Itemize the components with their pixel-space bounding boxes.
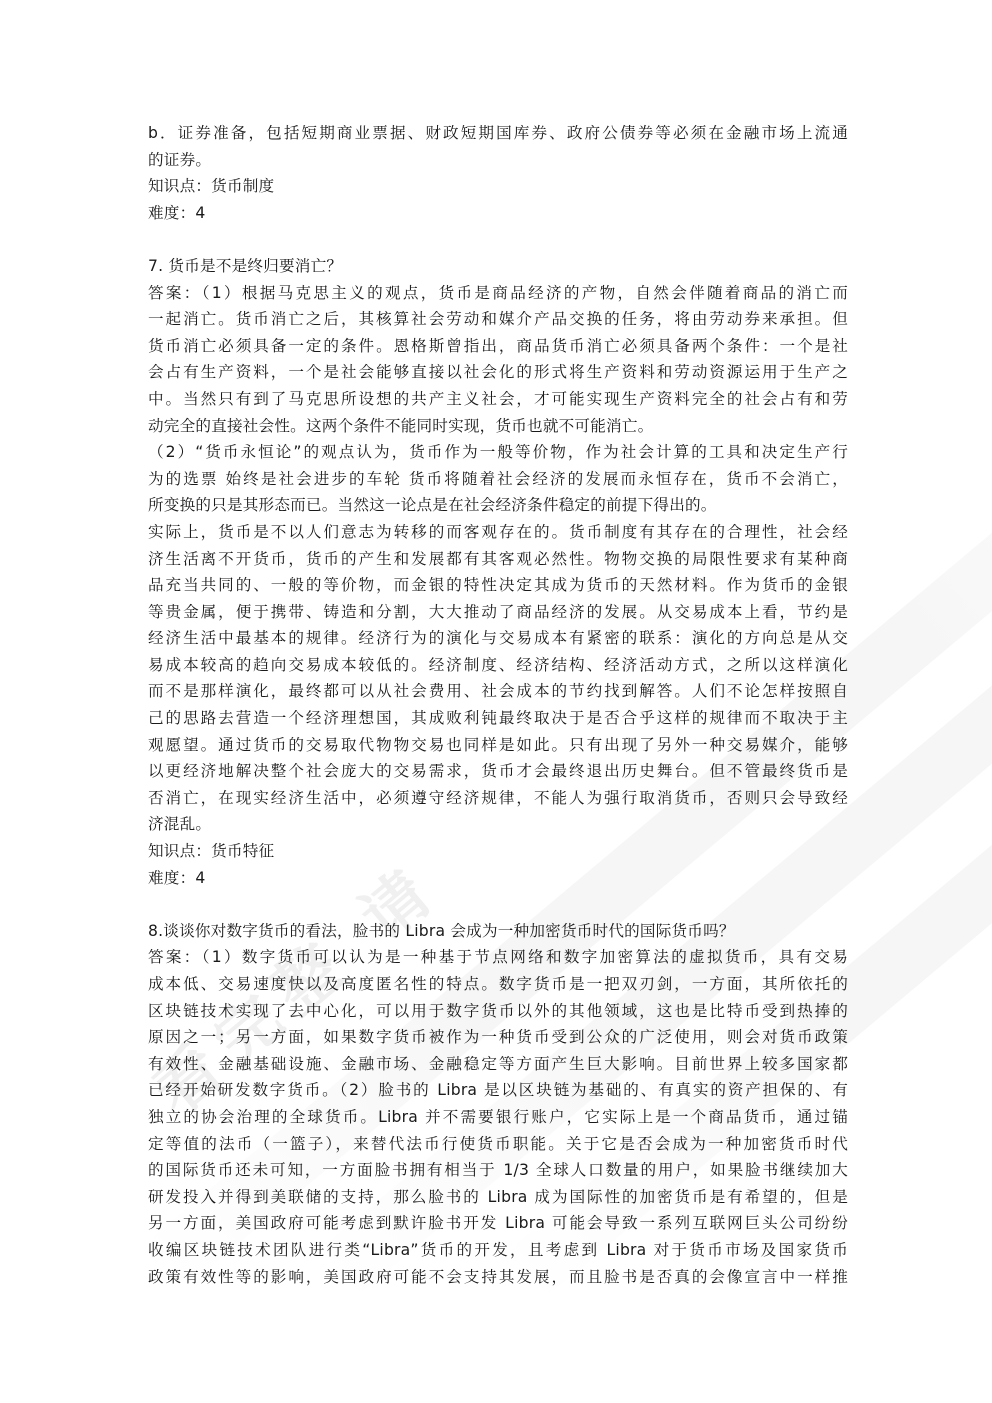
answer-line: 济生活离不开货币，货币的产生和发展都有其客观必然性。物物交换的局限性要求有某种商 (148, 546, 848, 573)
answer-line: 会占有生产资料，一个是社会能够直接以社会化的形式将生产资料和劳动资源运用于生产之 (148, 359, 848, 386)
answer-line: 中。当然只有到了马克思所设想的共产主义社会，才可能实现生产资料完全的社会占有和劳 (148, 386, 848, 413)
answer-line: 济混乱。 (148, 811, 848, 838)
answer-line: 区块链技术实现了去中心化，可以用于数字货币以外的其他领域，这也是比特币受到热捧的 (148, 998, 848, 1025)
section-b: b．证券准备，包括短期商业票据、财政短期国库券、政府公债券等必须在金融市场上流通… (148, 120, 848, 226)
answer-line: 否消亡，在现实经济生活中，必须遵守经济规律，不能人为强行取消货币，否则只会导致经 (148, 785, 848, 812)
answer-line: 收编区块链技术团队进行类“Libra”货币的开发，且考虑到 Libra 对于货币… (148, 1237, 848, 1264)
answer-line: 等贵金属，便于携带、铸造和分割，大大推动了商品经济的发展。从交易成本上看，节约是 (148, 599, 848, 626)
document-page: b．证券准备，包括短期商业票据、财政短期国库券、政府公债券等必须在金融市场上流通… (148, 120, 848, 1290)
answer-line: （2）“货币永恒论”的观点认为，货币作为一般等价物，作为社会计算的工具和决定生产… (148, 439, 848, 466)
answer-line: 研发投入并得到美联储的支持，那么脸书的 Libra 成为国际性的加密货币是有希望… (148, 1184, 848, 1211)
answer-line: 有效性、金融基础设施、金融市场、金融稳定等方面产生巨大影响。目前世界上较多国家都 (148, 1051, 848, 1078)
paragraph-line: b．证券准备，包括短期商业票据、财政短期国库券、政府公债券等必须在金融市场上流通 (148, 120, 848, 147)
answer-line: 答案：（1）根据马克思主义的观点，货币是商品经济的产物，自然会伴随着商品的消亡而 (148, 280, 848, 307)
answer-line: 为的选票 始终是社会进步的车轮 货币将随着社会经济的发展而永恒存在，货币不会消亡… (148, 466, 848, 493)
answer-line: 而不是那样演化，最终都可以从社会费用、社会成本的节约找到解答。人们不论怎样按照自 (148, 678, 848, 705)
question-8: 8.谈谈你对数字货币的看法，脸书的 Libra 会成为一种加密货币时代的国际货币… (148, 918, 848, 1290)
answer-line: 的国际货币还未可知，一方面脸书拥有相当于 1/3 全球人口数量的用户，如果脸书继… (148, 1157, 848, 1184)
question-title: 8.谈谈你对数字货币的看法，脸书的 Libra 会成为一种加密货币时代的国际货币… (148, 918, 848, 945)
answer-line: 经济生活中最基本的规律。经济行为的演化与交易成本有紧密的联系：演化的方向总是从交 (148, 625, 848, 652)
answer-line: 所变换的只是其形态而已。当然这一论点是在社会经济条件稳定的前提下得出的。 (148, 492, 848, 519)
answer-line: 以更经济地解决整个社会庞大的交易需求，货币才会最终退出历史舞台。但不管最终货币是 (148, 758, 848, 785)
paragraph-line: 的证券。 (148, 147, 848, 174)
spacer (148, 226, 848, 253)
answer-line: 易成本较高的趋向交易成本较低的。经济制度、经济结构、经济活动方式，之所以这样演化 (148, 652, 848, 679)
answer-line: 成本低、交易速度快以及高度匿名性的特点。数字货币是一把双刃剑，一方面，其所依托的 (148, 971, 848, 998)
answer-line: 己的思路去营造一个经济理想国，其成败利钝最终取决于是否合乎这样的规律而不取决于主 (148, 705, 848, 732)
answer-line: 独立的协会治理的全球货币。Libra 并不需要银行账户，它实际上是一个商品货币，… (148, 1104, 848, 1131)
answer-line: 品充当共同的、一般的等价物，而金银的特性决定其成为货币的天然材料。作为货币的金银 (148, 572, 848, 599)
difficulty: 难度：4 (148, 865, 848, 892)
answer-line: 已经开始研发数字货币。（2）脸书的 Libra 是以区块链为基础的、有真实的资产… (148, 1077, 848, 1104)
answer-line: 货币消亡必须具备一定的条件。恩格斯曾指出，商品货币消亡必须具备两个条件：一个是社 (148, 333, 848, 360)
answer-line: 动完全的直接社会性。这两个条件不能同时实现，货币也就不可能消亡。 (148, 413, 848, 440)
answer-line: 答案：（1）数字货币可以认为是一种基于节点网络和数字加密算法的虚拟货币，具有交易 (148, 944, 848, 971)
answer-line: 另一方面，美国政府可能考虑到默许脸书开发 Libra 可能会导致一系列互联网巨头… (148, 1210, 848, 1237)
answer-line: 观愿望。通过货币的交易取代物物交易也同样是如此。只有出现了另外一种交易媒介，能够 (148, 732, 848, 759)
question-title: 7. 货币是不是终归要消亡？ (148, 253, 848, 280)
knowledge-point: 知识点：货币特征 (148, 838, 848, 865)
spacer (148, 891, 848, 918)
answer-line: 定等值的法币（一篮子），来替代法币行使货币职能。关于它是否会成为一种加密货币时代 (148, 1131, 848, 1158)
answer-line: 原因之一；另一方面，如果数字货币被作为一种货币受到公众的广泛使用，则会对货币政策 (148, 1024, 848, 1051)
answer-line: 实际上，货币是不以人们意志为转移的而客观存在的。货币制度有其存在的合理性，社会经 (148, 519, 848, 546)
knowledge-point: 知识点：货币制度 (148, 173, 848, 200)
question-7: 7. 货币是不是终归要消亡？ 答案：（1）根据马克思主义的观点，货币是商品经济的… (148, 253, 848, 891)
difficulty: 难度：4 (148, 200, 848, 227)
answer-line: 政策有效性等的影响，美国政府可能不会支持其发展，而且脸书是否真的会像宣言中一样推 (148, 1264, 848, 1291)
answer-line: 一起消亡。货币消亡之后，其核算社会劳动和媒介产品交换的任务，将由劳动券来承担。但 (148, 306, 848, 333)
